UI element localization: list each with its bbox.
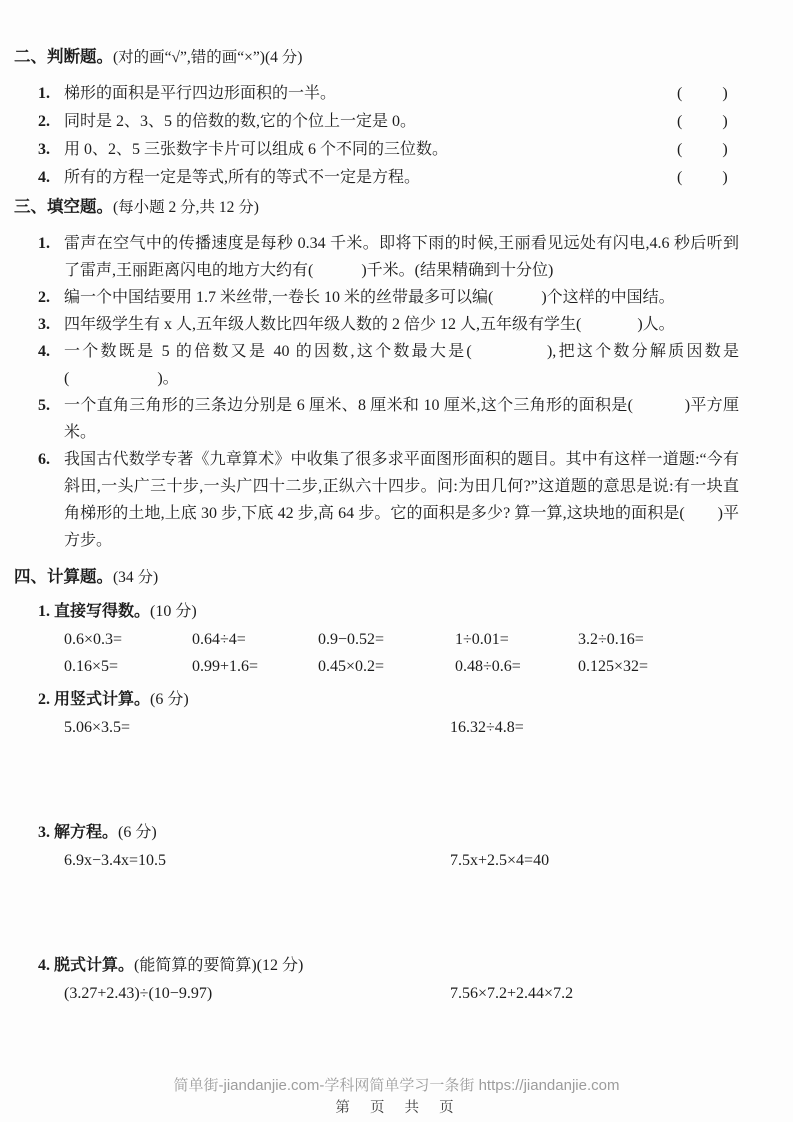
item-number: 6. [38, 446, 64, 554]
fill-items: 1. 雷声在空气中的传播速度是每秒 0.34 千米。即将下雨的时候,王丽看见远处… [14, 230, 739, 560]
step-calc-pair: (3.27+2.43)÷(10−9.97) 7.56×7.2+2.44×7.2 [64, 980, 739, 1007]
item-text: 四年级学生有 x 人,五年级人数比四年级人数的 2 倍少 12 人,五年级有学生… [64, 311, 739, 338]
item-number: 2. [38, 108, 64, 136]
item-number: 3. [38, 824, 50, 841]
expression: 0.125×32= [578, 653, 648, 680]
expression: 6.9x−3.4x=10.5 [64, 847, 450, 874]
expression: 7.5x+2.5×4=40 [450, 847, 549, 874]
sub-title: 解方程。 [54, 824, 118, 841]
oral-calc-row-2: 0.16×5= 0.99+1.6= 0.45×0.2= 0.48÷0.6= 0.… [64, 653, 739, 680]
fill-item-6: 6. 我国古代数学专著《九章算术》中收集了很多求平面图形面积的题目。其中有这样一… [38, 446, 739, 554]
item-number: 4. [38, 957, 50, 974]
item-number: 1. [38, 80, 64, 108]
item-text: 所有的方程一定是等式,所有的等式不一定是方程。 [64, 164, 677, 192]
expression: 0.6×0.3= [64, 626, 192, 653]
section-judge-heading: 二、判断题。(对的画“√”,错的画“×”)(4 分) [14, 46, 739, 69]
section-calc-note: (34 分) [113, 569, 158, 586]
calc-sub3-heading: 3. 解方程。(6 分) [38, 821, 739, 845]
section-calc-heading: 四、计算题。(34 分) [14, 566, 739, 589]
section-calc: 四、计算题。(34 分) 1. 直接写得数。(10 分) 0.6×0.3= 0.… [14, 566, 739, 1007]
answer-bracket: ( ) [677, 164, 739, 192]
item-number: 4. [38, 338, 64, 392]
answer-bracket: ( ) [677, 136, 739, 164]
answer-bracket: ( ) [677, 108, 739, 136]
answer-bracket: ( ) [677, 80, 739, 108]
fill-item-3: 3. 四年级学生有 x 人,五年级人数比四年级人数的 2 倍少 12 人,五年级… [38, 311, 739, 338]
item-number: 4. [38, 164, 64, 192]
fill-item-4: 4. 一个数既是 5 的倍数又是 40 的因数,这个数最大是( ),把这个数分解… [38, 338, 739, 392]
expression: 0.16×5= [64, 653, 192, 680]
item-text: 用 0、2、5 三张数字卡片可以组成 6 个不同的三位数。 [64, 136, 677, 164]
expression: 0.9−0.52= [318, 626, 455, 653]
expression: 16.32÷4.8= [450, 714, 524, 741]
item-number: 1. [38, 603, 50, 620]
item-text: 雷声在空气中的传播速度是每秒 0.34 千米。即将下雨的时候,王丽看见远处有闪电… [64, 230, 739, 284]
item-text: 同时是 2、3、5 的倍数的数,它的个位上一定是 0。 [64, 108, 677, 136]
expression: 0.45×0.2= [318, 653, 455, 680]
watermark-text: 简单街-jiandanjie.com-学科网简单学习一条街 https://ji… [0, 1074, 793, 1095]
calc-sub1-heading: 1. 直接写得数。(10 分) [38, 600, 739, 624]
expression: 0.64÷4= [192, 626, 318, 653]
judge-item-3: 3. 用 0、2、5 三张数字卡片可以组成 6 个不同的三位数。 ( ) [38, 136, 739, 164]
fill-item-5: 5. 一个直角三角形的三条边分别是 6 厘米、8 厘米和 10 厘米,这个三角形… [38, 392, 739, 446]
sub-title: 用竖式计算。 [54, 691, 150, 708]
section-judge-note: (对的画“√”,错的画“×”)(4 分) [113, 49, 302, 66]
sub-note: (能简算的要简算)(12 分) [134, 957, 303, 974]
sub-title: 直接写得数。 [54, 603, 150, 620]
section-fill: 三、填空题。(每小题 2 分,共 12 分) 1. 雷声在空气中的传播速度是每秒… [14, 196, 739, 560]
item-number: 5. [38, 392, 64, 446]
judge-item-2: 2. 同时是 2、3、5 的倍数的数,它的个位上一定是 0。 ( ) [38, 108, 739, 136]
expression: 0.99+1.6= [192, 653, 318, 680]
item-number: 3. [38, 136, 64, 164]
item-text: 编一个中国结要用 1.7 米丝带,一卷长 10 米的丝带最多可以编( )个这样的… [64, 284, 739, 311]
fill-item-1: 1. 雷声在空气中的传播速度是每秒 0.34 千米。即将下雨的时候,王丽看见远处… [38, 230, 739, 284]
judge-item-4: 4. 所有的方程一定是等式,所有的等式不一定是方程。 ( ) [38, 164, 739, 192]
expression: 0.48÷0.6= [455, 653, 578, 680]
section-judge: 二、判断题。(对的画“√”,错的画“×”)(4 分) 1. 梯形的面积是平行四边… [14, 46, 739, 192]
equation-pair: 6.9x−3.4x=10.5 7.5x+2.5×4=40 [64, 847, 739, 874]
expression: 1÷0.01= [455, 626, 578, 653]
expression: 5.06×3.5= [64, 714, 450, 741]
oral-calc-row-1: 0.6×0.3= 0.64÷4= 0.9−0.52= 1÷0.01= 3.2÷0… [64, 626, 739, 653]
expression: (3.27+2.43)÷(10−9.97) [64, 980, 450, 1007]
item-number: 2. [38, 691, 50, 708]
section-fill-heading: 三、填空题。(每小题 2 分,共 12 分) [14, 196, 739, 219]
vertical-calc-pair: 5.06×3.5= 16.32÷4.8= [64, 714, 739, 741]
expression: 3.2÷0.16= [578, 626, 644, 653]
item-text: 一个直角三角形的三条边分别是 6 厘米、8 厘米和 10 厘米,这个三角形的面积… [64, 392, 739, 446]
fill-item-2: 2. 编一个中国结要用 1.7 米丝带,一卷长 10 米的丝带最多可以编( )个… [38, 284, 739, 311]
sub-note: (10 分) [150, 603, 197, 620]
page-number-text: 第 页 共 页 [0, 1096, 793, 1117]
section-judge-title: 二、判断题。 [14, 47, 113, 66]
expression: 7.56×7.2+2.44×7.2 [450, 980, 573, 1007]
section-fill-note: (每小题 2 分,共 12 分) [113, 199, 259, 216]
sub-note: (6 分) [118, 824, 157, 841]
section-calc-title: 四、计算题。 [14, 567, 113, 586]
calc-sub2-heading: 2. 用竖式计算。(6 分) [38, 688, 739, 712]
sub-note: (6 分) [150, 691, 189, 708]
judge-item-1: 1. 梯形的面积是平行四边形面积的一半。 ( ) [38, 80, 739, 108]
item-text: 我国古代数学专著《九章算术》中收集了很多求平面图形面积的题目。其中有这样一道题:… [64, 446, 739, 554]
item-number: 2. [38, 284, 64, 311]
item-text: 梯形的面积是平行四边形面积的一半。 [64, 80, 677, 108]
calc-sub4-heading: 4. 脱式计算。(能简算的要简算)(12 分) [38, 954, 739, 978]
sub-title: 脱式计算。 [54, 957, 134, 974]
item-number: 3. [38, 311, 64, 338]
item-number: 1. [38, 230, 64, 284]
section-fill-title: 三、填空题。 [14, 197, 113, 216]
exam-page: 二、判断题。(对的画“√”,错的画“×”)(4 分) 1. 梯形的面积是平行四边… [0, 0, 793, 1007]
item-text: 一个数既是 5 的倍数又是 40 的因数,这个数最大是( ),把这个数分解质因数… [64, 338, 739, 392]
